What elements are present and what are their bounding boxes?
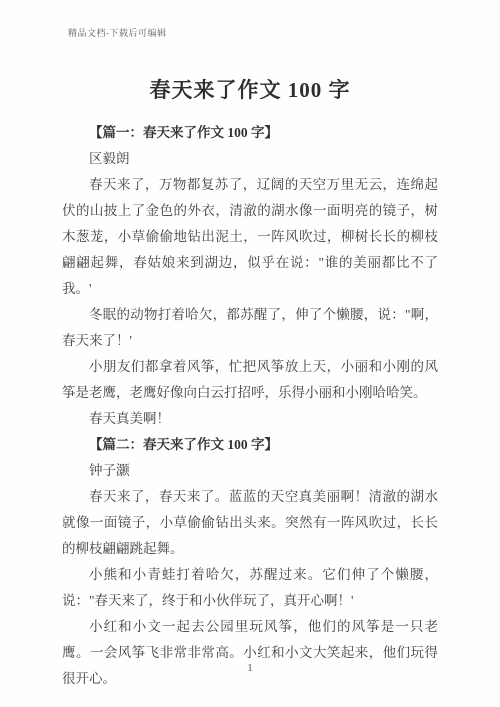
section-2-paragraph: 小红和小文一起去公园里玩风筝，他们的风筝是一只老鹰。一会风筝飞非常非常高。小红和… bbox=[62, 614, 438, 692]
section-1-paragraph: 冬眠的动物打着哈欠，都苏醒了，伸了个懒腰，说："啊，春天来了！' bbox=[62, 302, 438, 354]
document-title: 春天来了作文 100 字 bbox=[0, 74, 500, 104]
section-1-paragraph: 春天来了，万物都复苏了，辽阔的天空万里无云，连绵起伏的山披上了金色的外衣，清澈的… bbox=[62, 172, 438, 302]
section-2-author: 钟子灏 bbox=[62, 458, 438, 484]
section-1-author: 区毅朗 bbox=[62, 146, 438, 172]
section-2-paragraph: 小熊和小青蛙打着哈欠，苏醒过来。它们伸了个懒腰，说："春天来了，终于和小伙伴玩了… bbox=[62, 562, 438, 614]
section-1-paragraph: 春天真美啊！ bbox=[62, 406, 438, 432]
section-1-paragraph: 小朋友们都拿着风筝，忙把风筝放上天，小丽和小刚的风筝是老鹰，老鹰好像向白云打招呼… bbox=[62, 354, 438, 406]
document-body: 【篇一：春天来了作文 100 字】 区毅朗 春天来了，万物都复苏了，辽阔的天空万… bbox=[62, 120, 438, 692]
document-page: 精品文档-下载后可编辑 春天来了作文 100 字 【篇一：春天来了作文 100 … bbox=[0, 0, 500, 707]
section-1-heading: 【篇一：春天来了作文 100 字】 bbox=[62, 120, 438, 146]
section-2-paragraph: 春天来了，春天来了。蓝蓝的天空真美丽啊！清澈的湖水就像一面镜子，小草偷偷钻出头来… bbox=[62, 484, 438, 562]
section-2-heading: 【篇二：春天来了作文 100 字】 bbox=[62, 432, 438, 458]
watermark-text: 精品文档-下载后可编辑 bbox=[68, 26, 167, 39]
page-number: 1 bbox=[0, 662, 500, 674]
